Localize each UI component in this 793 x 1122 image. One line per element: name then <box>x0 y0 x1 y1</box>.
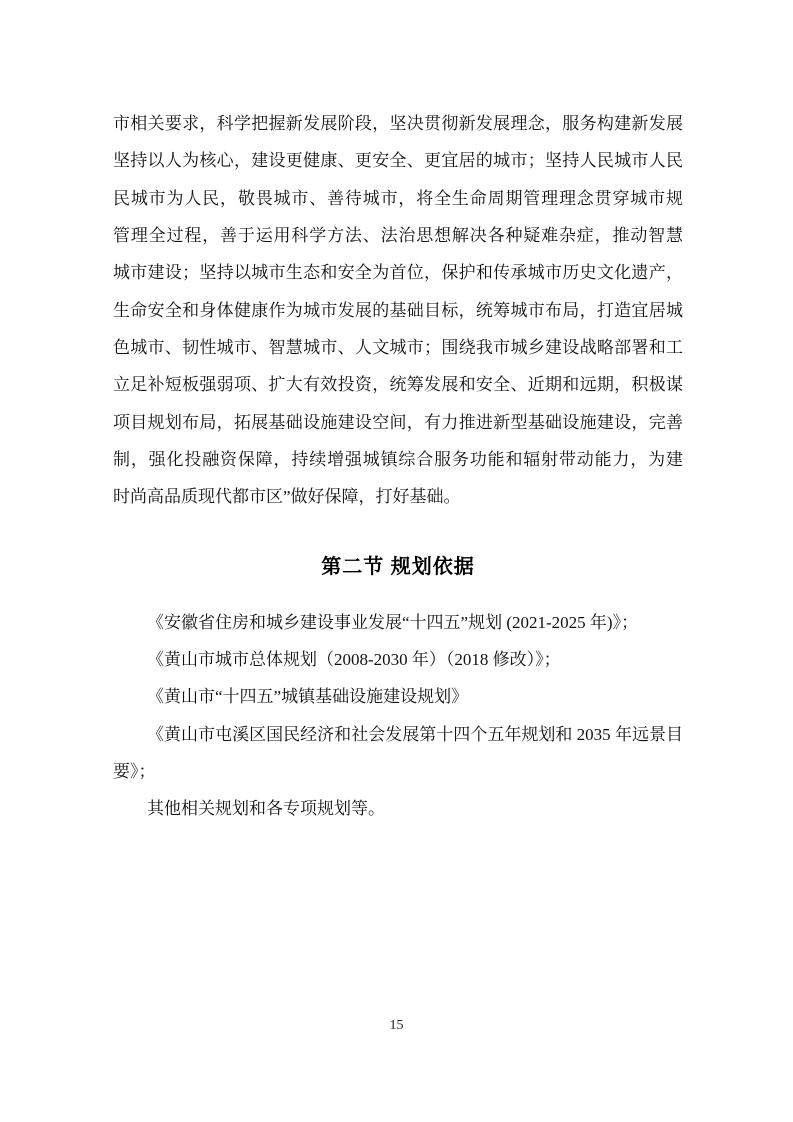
reference-line: 《黄山市“十四五”城镇基础设施建设规划》 <box>113 678 683 715</box>
body-paragraph: 市相关要求，科学把握新发展阶段，坚决贯彻新发展理念，服务构建新发展格局， 坚持以… <box>113 105 683 516</box>
reference-line-wrap: 要》； <box>113 753 683 790</box>
page-content: 市相关要求，科学把握新发展阶段，坚决贯彻新发展理念，服务构建新发展格局， 坚持以… <box>113 105 683 828</box>
reference-line: 《黄山市屯溪区国民经济和社会发展第十四个五年规划和 2035 年远景目标纲 <box>113 716 683 753</box>
body-text-line: 立足补短板强弱项、扩大有效投资，统筹发展和安全、近期和远期，积极谋划重大 <box>113 366 683 403</box>
body-text-line: 色城市、韧性城市、智慧城市、人文城市；围绕我市城乡建设战略部署和工作目标， <box>113 329 683 366</box>
reference-line: 《黄山市城市总体规划（2008-2030 年）（2018 修改）》； <box>113 641 683 678</box>
body-text-line: 管理全过程，善于运用科学方法、法治思想解决各种疑难杂症，推动智慧化、新型 <box>113 217 683 254</box>
body-text-line: 制，强化投融资保障，持续增强城镇综合服务功能和辐射带动能力，为建设“美丽 <box>113 441 683 478</box>
body-text-line: 时尚高品质现代都市区”做好保障，打好基础。 <box>113 478 683 515</box>
reference-line: 《安徽省住房和城乡建设事业发展“十四五”规划 (2021-2025 年)》； <box>113 604 683 641</box>
body-text-line: 坚持以人为核心，建设更健康、更安全、更宜居的城市；坚持人民城市人民建，人 <box>113 142 683 179</box>
body-text-line: 生命安全和身体健康作为城市发展的基础目标，统筹城市布局，打造宜居城市、绿 <box>113 292 683 329</box>
section-heading: 第二节 规划依据 <box>113 549 683 586</box>
document-page: 市相关要求，科学把握新发展阶段，坚决贯彻新发展理念，服务构建新发展格局， 坚持以… <box>0 0 793 1122</box>
body-text-line: 城市建设；坚持以城市生态和安全为首位，保护和传承城市历史文化遗产，把人民 <box>113 254 683 291</box>
body-text-line: 项目规划布局，拓展基础设施建设空间，有力推进新型基础设施建设，完善管理体 <box>113 404 683 441</box>
reference-list: 《安徽省住房和城乡建设事业发展“十四五”规划 (2021-2025 年)》； 《… <box>113 604 683 828</box>
body-text-line: 市相关要求，科学把握新发展阶段，坚决贯彻新发展理念，服务构建新发展格局， <box>113 105 683 142</box>
reference-line: 其他相关规划和各专项规划等。 <box>113 790 683 827</box>
body-text-line: 民城市为人民，敬畏城市、善待城市，将全生命周期管理理念贯穿城市规划、建设、 <box>113 180 683 217</box>
page-number: 15 <box>0 1016 793 1036</box>
